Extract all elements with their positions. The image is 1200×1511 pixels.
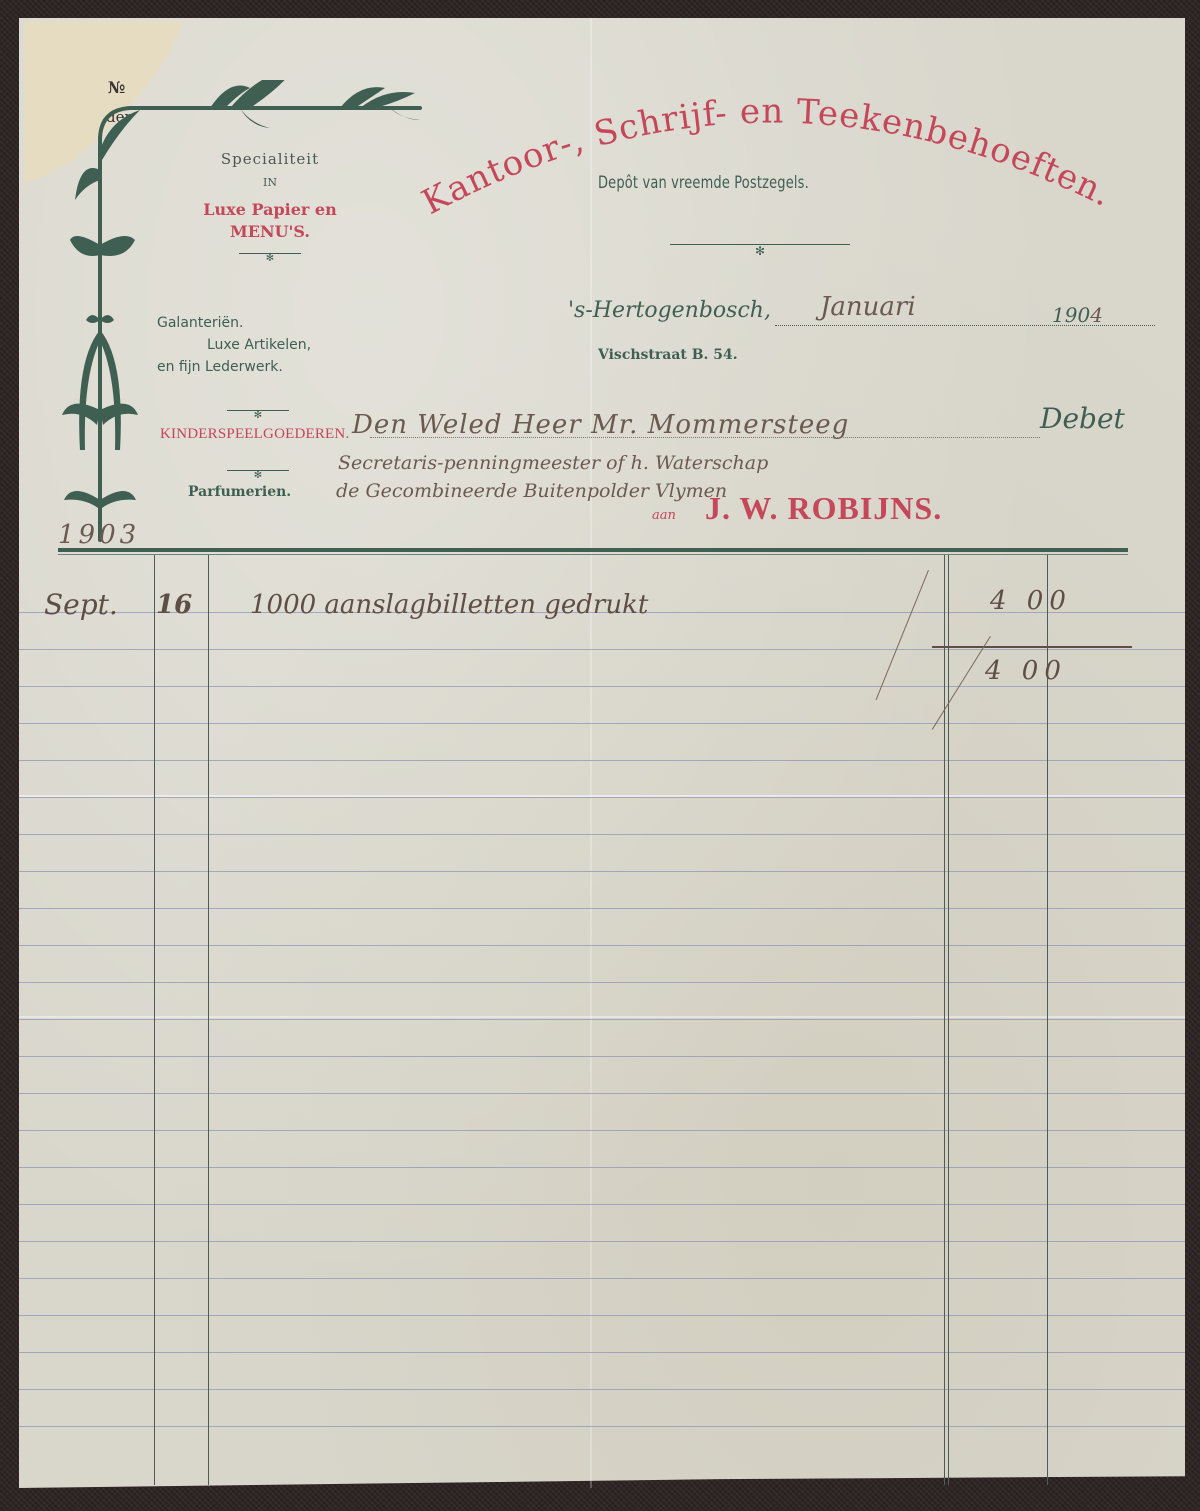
parfumerien-label: Parfumerien.	[188, 484, 291, 500]
addressee-dotted-line	[370, 437, 1040, 438]
depot-subtitle: Depôt van vreemde Postzegels.	[598, 173, 809, 193]
aan-label: aan	[652, 508, 676, 523]
asterisk-ornament-icon: ✻	[755, 244, 765, 258]
addressee-line-3: de Gecombineerde Buitenpolder Vlymen	[336, 480, 727, 502]
asterisk-ornament-icon: ✻	[254, 411, 262, 421]
asterisk-ornament-icon: ✻	[266, 254, 274, 264]
date-month-handwritten: Januari	[820, 292, 916, 322]
divider-ornament: ✻	[239, 253, 301, 254]
year-handwritten-digit: 4	[1090, 303, 1103, 327]
city-label: 's-Hertogenbosch,	[568, 298, 771, 323]
kinderspeelgoederen-label: KINDERSPEELGOEDEREN.	[160, 426, 349, 443]
arc-title: Kantoor-, Schrijf- en Teekenbehoeften.	[400, 90, 1160, 230]
speciality-block: Specialiteit IN Luxe Papier en MENU'S. ✻	[150, 150, 390, 254]
merchant-name: J. W. ROBIJNS.	[705, 490, 942, 527]
addressee-line-1: Den Weled Heer Mr. Mommersteeg	[352, 410, 849, 440]
street-address: Vischstraat B. 54.	[598, 347, 738, 363]
menus-label: MENU'S.	[150, 221, 390, 243]
column-line-day	[208, 555, 209, 1485]
ledger-year: 1903	[58, 520, 140, 550]
divider-ornament-2: ✻	[227, 410, 289, 411]
column-line-cents	[1047, 555, 1048, 1485]
paper-fold-vertical	[590, 18, 592, 1488]
entry-day: 16	[156, 590, 192, 620]
header-separator-rule-thin	[58, 554, 1128, 555]
column-line-month	[154, 555, 155, 1485]
date-year: 1904	[1052, 303, 1103, 327]
galanterien-label: Galanteriën.	[157, 312, 311, 334]
entry-month: Sept.	[44, 588, 118, 621]
column-line-guilders-left2	[948, 555, 949, 1485]
debet-label: Debet	[1040, 402, 1125, 435]
total-rule	[932, 646, 1132, 648]
luxe-papier-label: Luxe Papier en	[150, 199, 390, 221]
lederwerk-label: en fijn Lederwerk.	[157, 356, 311, 378]
addressee-line-2: Secretaris-penningmeester of h. Watersch…	[338, 452, 768, 474]
total-amount: 4 00	[985, 656, 1067, 686]
in-label: IN	[150, 176, 390, 189]
entry-amount: 4 00	[990, 586, 1072, 616]
divider-ornament-3: ✻	[227, 470, 289, 471]
asterisk-ornament-icon: ✻	[254, 471, 262, 481]
svg-text:Kantoor-, Schrijf- en Teekenbe: Kantoor-, Schrijf- en Teekenbehoeften.	[416, 91, 1119, 222]
column-line-guilders-left	[944, 555, 945, 1485]
arc-title-text: Kantoor-, Schrijf- en Teekenbehoeften.	[416, 91, 1119, 222]
luxe-artikelen-label: Luxe Artikelen,	[157, 334, 311, 356]
header-separator-rule	[58, 548, 1128, 552]
year-printed: 190	[1052, 303, 1090, 327]
specialiteit-heading: Specialiteit	[150, 150, 390, 168]
goods-list: Galanteriën. Luxe Artikelen, en fijn Led…	[157, 312, 311, 378]
entry-description: 1000 aanslagbilletten gedrukt	[250, 590, 648, 620]
paper-fold-horizontal-2	[19, 1016, 1185, 1018]
